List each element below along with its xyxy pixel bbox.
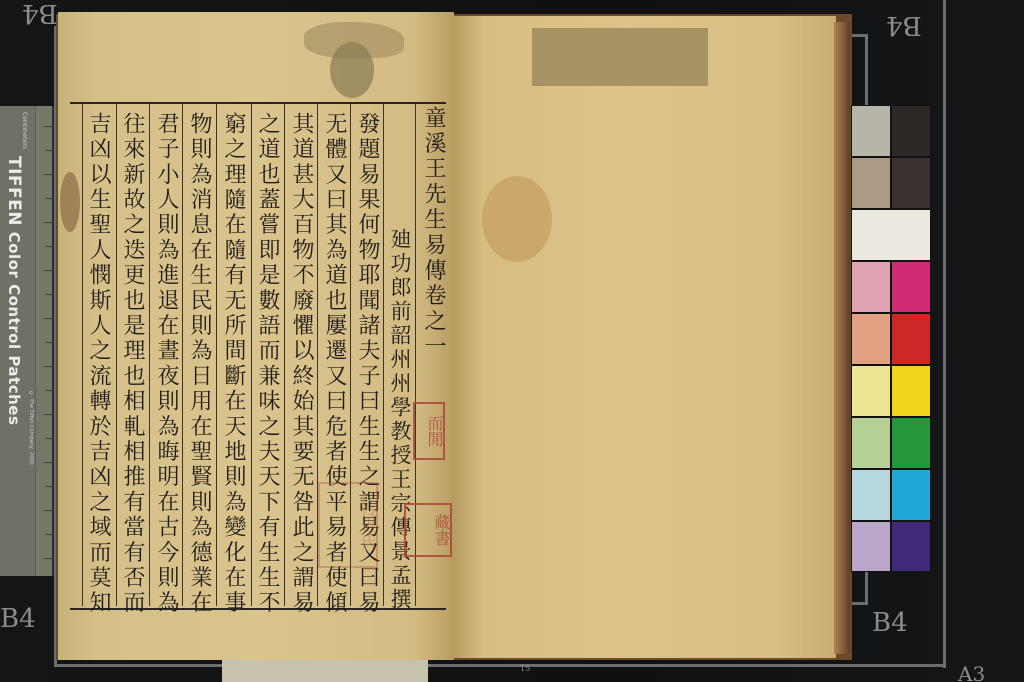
- column-rule: [284, 104, 285, 606]
- patch-pale-cyan: [851, 469, 891, 521]
- grid-label-bottom-corner: A3: [958, 662, 985, 682]
- column-rule: [216, 104, 217, 606]
- column-rule: [149, 104, 150, 606]
- tiffen-brand-title: TIFFEN Color Control Patches: [4, 156, 24, 425]
- grid-frame-bottom: [54, 664, 946, 667]
- grid-label-bottom-right: B4: [872, 608, 908, 638]
- square-seal-lower: 藏書: [404, 503, 452, 557]
- copyright-text: © The Tiffen Company, 2000: [28, 391, 34, 465]
- patch-magenta: [891, 261, 931, 313]
- patch-green: [891, 417, 931, 469]
- repair-tape-patch: [532, 28, 708, 86]
- paper-slip-under-book: [222, 660, 428, 682]
- units-label: Centimeters: [21, 112, 28, 149]
- square-seal-top: 而閒: [413, 402, 445, 460]
- bottom-ruler-number: 15: [520, 664, 530, 673]
- patch-light-gray: [851, 105, 891, 157]
- color-control-patches: [851, 105, 931, 572]
- patch-pale-green: [851, 417, 891, 469]
- grid-label-top-right: B4: [886, 10, 922, 40]
- patch-red: [891, 313, 931, 365]
- text-column-4: 之道也蓋嘗即是數語而兼味之夫天下有生生不: [252, 112, 282, 616]
- patch-yellow: [891, 365, 931, 417]
- text-column-9: 吉凶以生聖人憫斯人之流轉於吉凶之域而莫知: [83, 112, 113, 616]
- patch-lavender: [851, 521, 891, 572]
- column-rule: [182, 104, 183, 606]
- patch-light-pink: [851, 261, 891, 313]
- right-page: [452, 16, 836, 658]
- book-title-column: 童溪王先生易傳卷之一: [418, 106, 448, 360]
- text-column-5: 窮之理隨在隨有无所間斷在天地則為變化在事: [218, 112, 248, 616]
- patch-dark-brown: [891, 157, 931, 209]
- grid-label-bottom-left: B4: [0, 604, 36, 634]
- grid-label-top-left: B4: [22, 0, 58, 28]
- patch-dark-gray: [891, 105, 931, 157]
- patch-purple: [891, 521, 931, 572]
- column-rule: [383, 104, 384, 606]
- patch-pale-yellow: [851, 365, 891, 417]
- round-stain: [482, 176, 552, 262]
- patch-cyan: [891, 469, 931, 521]
- text-column-8: 往來新故之迭更也是理也相軋相推有當有否而: [117, 112, 147, 616]
- text-column-3: 其道甚大百物不廢懼以終始其要无咎此之謂易: [286, 112, 316, 616]
- tiffen-color-strip: Centimeters TIFFEN Color Control Patches…: [0, 106, 54, 576]
- grid-frame-inner-b: [851, 572, 868, 605]
- patch-tan: [851, 157, 891, 209]
- text-column-7: 君子小人則為進退在晝夜則為晦明在古今則為: [151, 112, 181, 616]
- ruler-scale: [35, 106, 52, 576]
- patch-salmon: [851, 313, 891, 365]
- faint-seal: 古吉氏: [318, 482, 378, 568]
- book-page-edge: [834, 22, 850, 654]
- water-stain: [330, 42, 374, 98]
- tiffen-logo: TIFFEN: [4, 156, 24, 226]
- patch-white: [851, 209, 931, 261]
- strip-title: Color Control Patches: [5, 232, 23, 426]
- grid-frame-right: [943, 0, 946, 668]
- text-column-6: 物則為消息在生民則為日用在聖賢則為德業在: [184, 112, 214, 616]
